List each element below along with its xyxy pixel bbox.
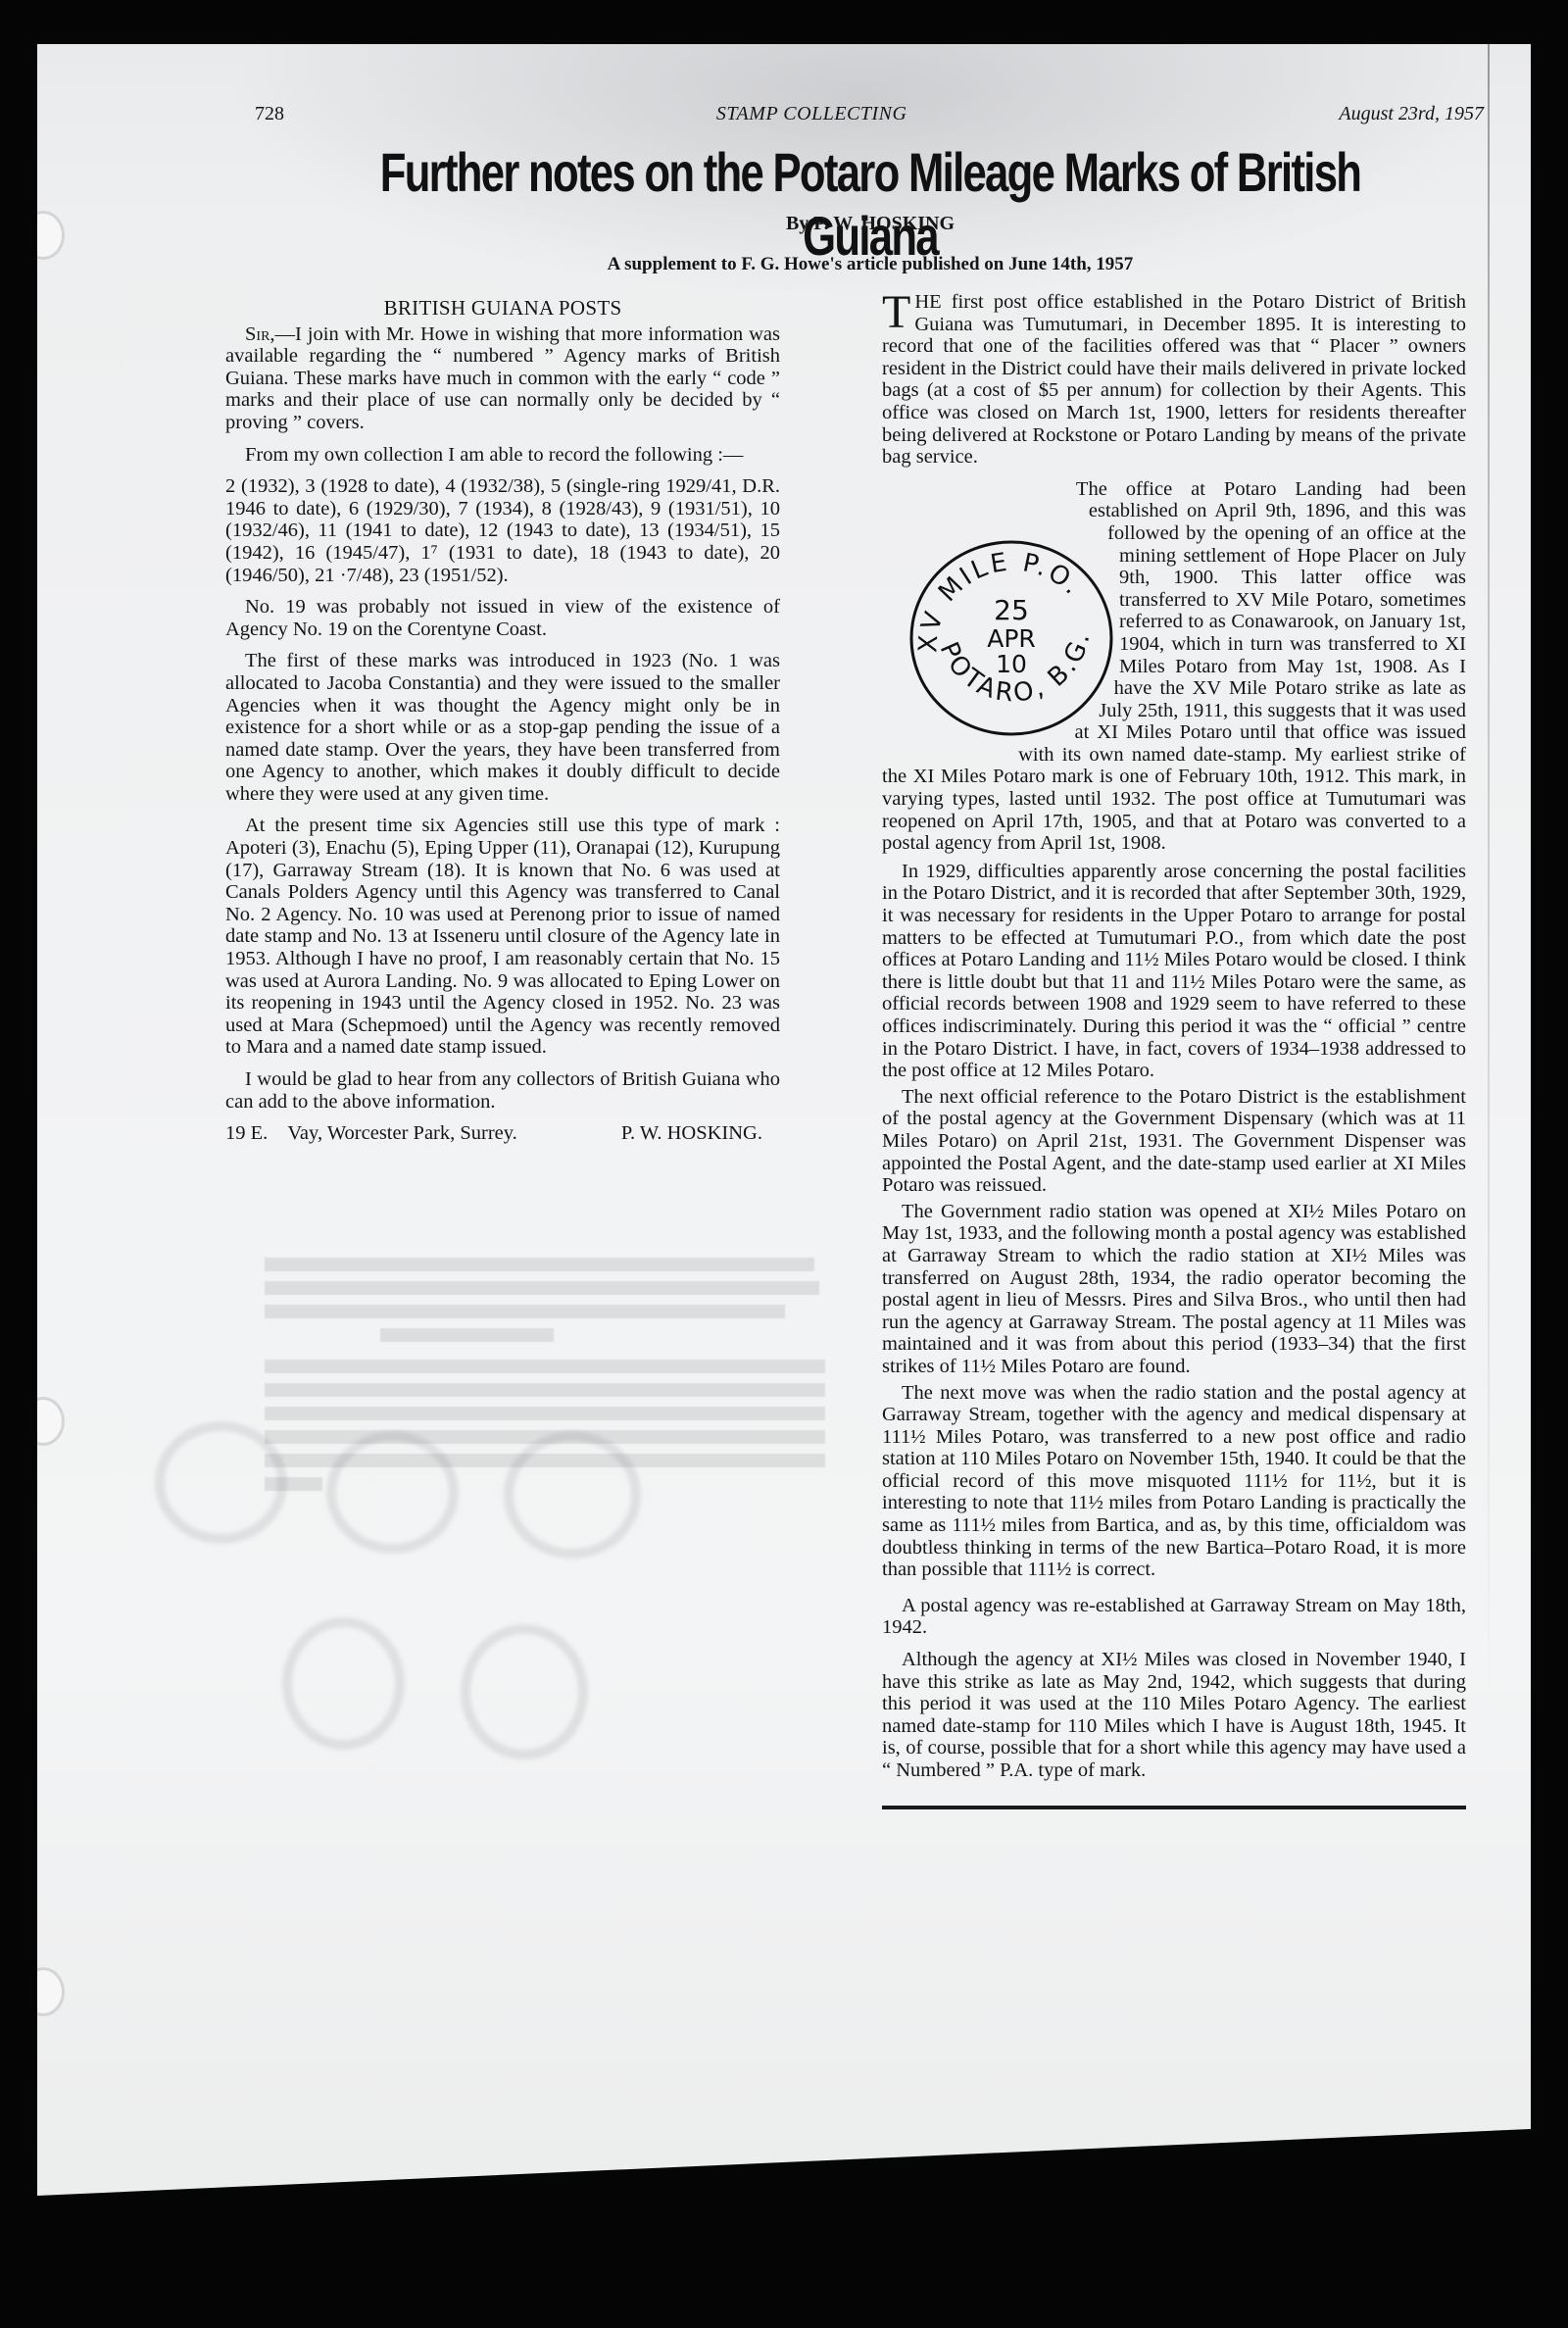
publication-name: STAMP COLLECTING <box>716 103 907 125</box>
article-paragraph: The next official reference to the Potar… <box>882 1086 1466 1197</box>
xv-mile-postmark-figure: XV MILE P.O. POTARO, B.G. 25 APR 10 <box>878 525 1105 751</box>
salutation: Sir, <box>245 323 275 345</box>
punch-hole-icon <box>37 1967 65 2016</box>
punch-hole-icon <box>37 1397 65 1446</box>
letter-paragraph: From my own collection I am able to reco… <box>225 444 780 467</box>
drop-cap: T <box>882 293 910 332</box>
article-paragraph: The next move was when the radio station… <box>882 1382 1466 1581</box>
left-column-letter: BRITISH GUIANA POSTS Sir,—I join with Mr… <box>225 297 780 1145</box>
issue-date: August 23rd, 1957 <box>1339 103 1484 125</box>
letter-paragraph: Sir,—I join with Mr. Howe in wishing tha… <box>225 323 780 434</box>
show-through-text <box>265 1252 843 1501</box>
article-paragraph: A postal agency was re-established at Ga… <box>882 1595 1466 1639</box>
scanned-page: 728 STAMP COLLECTING August 23rd, 1957 F… <box>37 44 1531 2196</box>
article-paragraph: XV MILE P.O. POTARO, B.G. 25 APR 10 The … <box>882 478 1466 855</box>
signoff-address: 19 E. Vay, Worcester Park, Surrey. <box>225 1122 517 1145</box>
page-number: 728 <box>255 103 284 125</box>
postmark-month: APR <box>987 624 1036 653</box>
show-through-postmark-icon <box>504 1431 641 1559</box>
byline: By P. W. HOSKING <box>233 213 1507 235</box>
postmark-day: 25 <box>994 594 1029 626</box>
letter-paragraph: I would be glad to hear from any collect… <box>225 1068 780 1113</box>
supplement-note: A supplement to F. G. Howe's article pub… <box>233 254 1507 275</box>
letter-signoff: 19 E. Vay, Worcester Park, Surrey. P. W.… <box>225 1122 780 1145</box>
signoff-name: P. W. HOSKING. <box>621 1122 762 1145</box>
punch-hole-icon <box>37 211 65 260</box>
show-through-postmark-icon <box>326 1431 459 1554</box>
letter-paragraph: At the present time six Agencies still u… <box>225 815 780 1059</box>
running-head: 728 STAMP COLLECTING August 23rd, 1957 <box>255 103 1484 125</box>
show-through-postmark-icon <box>155 1421 287 1544</box>
recorded-marks-list: 2 (1932), 3 (1928 to date), 4 (1932/38),… <box>225 475 780 586</box>
letter-paragraph: No. 19 was probably not issued in view o… <box>225 596 780 640</box>
article-paragraph: THE first post office established in the… <box>882 291 1466 469</box>
article-paragraph: In 1929, difficulties apparently arose c… <box>882 861 1466 1082</box>
article-paragraph: Although the agency at XI½ Miles was clo… <box>882 1649 1466 1782</box>
postmark-icon: XV MILE P.O. POTARO, B.G. 25 APR 10 <box>898 525 1125 751</box>
right-column-article: THE first post office established in the… <box>882 291 1466 1809</box>
article-paragraph: The Government radio station was opened … <box>882 1201 1466 1378</box>
end-rule <box>882 1806 1466 1809</box>
show-through-postmark-icon <box>282 1617 405 1750</box>
show-through-postmark-icon <box>461 1624 588 1759</box>
page-edge-shadow <box>1488 44 1490 1710</box>
letter-paragraph: The first of these marks was introduced … <box>225 650 780 805</box>
section-heading: BRITISH GUIANA POSTS <box>225 297 780 320</box>
postmark-year: 10 <box>996 650 1027 678</box>
article-title: Further notes on the Potaro Mileage Mark… <box>373 140 1367 268</box>
